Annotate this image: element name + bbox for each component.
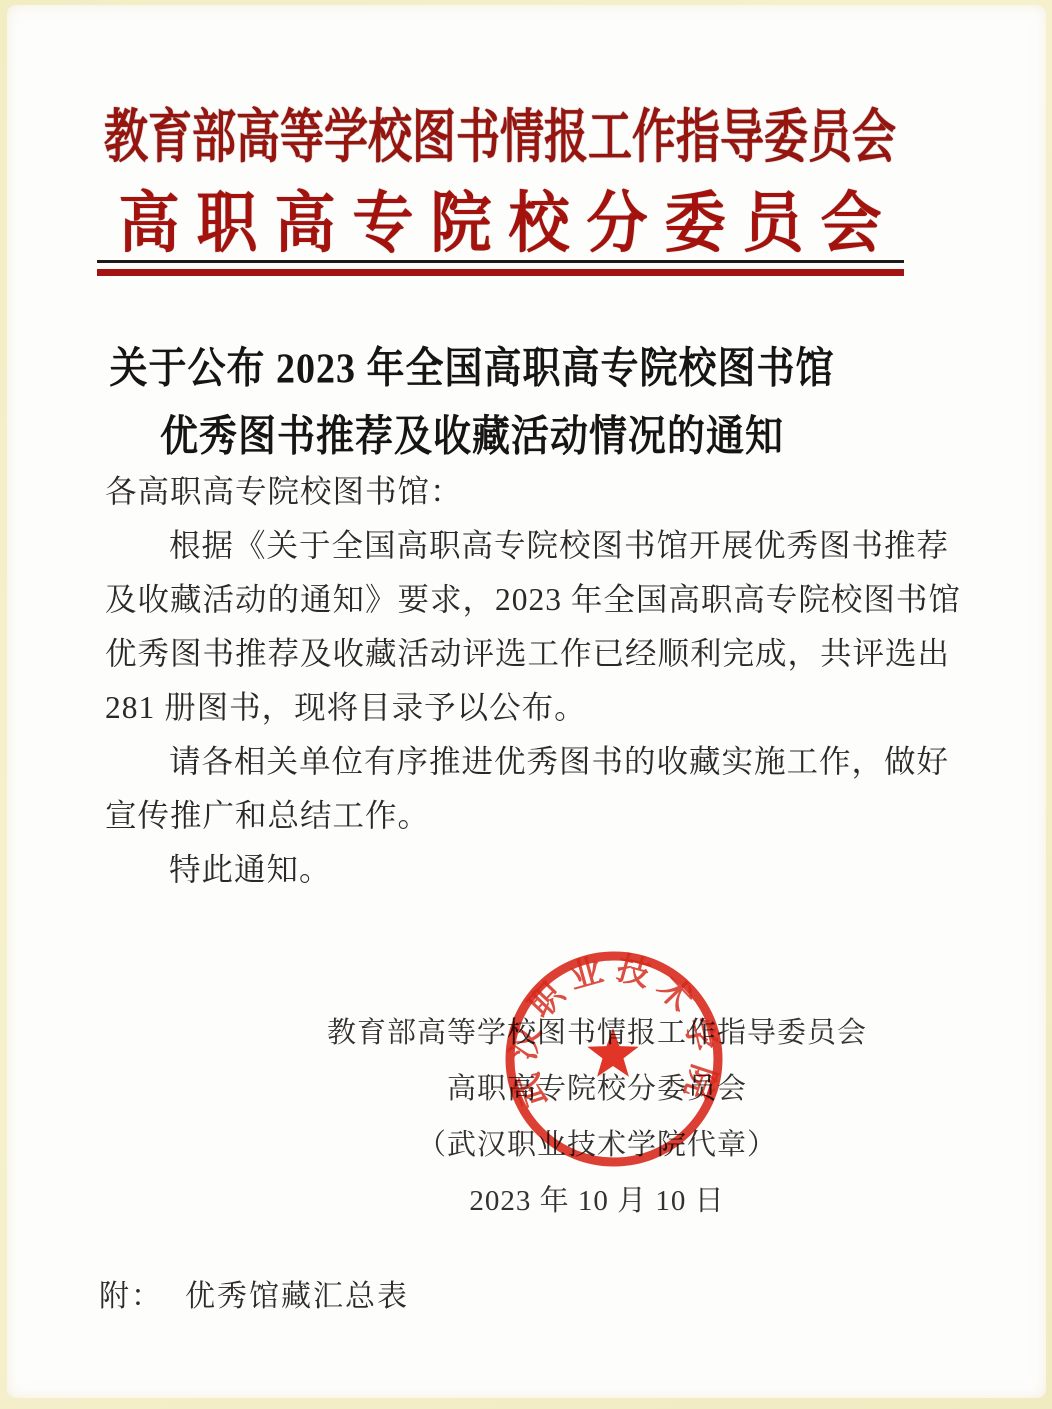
scanned-notice-document: { "header": { "org_line1": "教育部高等学校图书情报工…: [0, 0, 1052, 1409]
star-icon: [587, 1028, 638, 1077]
body-line: 宣传推广和总结工作。: [105, 789, 919, 843]
notice-title-line2: 优秀图书推荐及收藏活动情况的通知: [67, 401, 877, 463]
letterhead-org-line2: 高职高专院校分委员会: [95, 171, 905, 265]
letterhead-org-line1: 教育部高等学校图书情报工作指导委员会: [95, 89, 905, 173]
body-line: 及收藏活动的通知》要求，2023 年全国高职高专院校图书馆: [105, 573, 919, 627]
body-line: 请各相关单位有序推进优秀图书的收藏实施工作，做好: [105, 735, 919, 789]
attachment-label: 附：: [99, 1280, 163, 1313]
attachment-note: 附：优秀馆藏汇总表: [99, 1271, 409, 1315]
official-seal: 武汉职业技术学院: [462, 907, 766, 1211]
letterhead-rule-red: [97, 269, 904, 276]
closing-line: 特此通知。: [105, 843, 919, 897]
seal-arc-text: 武汉职业技术学院: [505, 950, 723, 1112]
body-line: 根据《关于全国高职高专院校图书馆开展优秀图书推荐: [105, 519, 919, 573]
notice-title-line1: 关于公布 2023 年全国高职高专院校图书馆: [67, 333, 877, 395]
attachment-text: 优秀馆藏汇总表: [185, 1280, 409, 1313]
document-page: 教育部高等学校图书情报工作指导委员会 高职高专院校分委员会 关于公布 2023 …: [7, 5, 1046, 1398]
body-line: 281 册图书，现将目录予以公布。: [105, 681, 919, 735]
body-line: 优秀图书推荐及收藏活动评选工作已经顺利完成，共评选出: [105, 627, 919, 681]
salutation-line: 各高职高专院校图书馆：: [105, 465, 919, 519]
notice-body: 各高职高专院校图书馆： 根据《关于全国高职高专院校图书馆开展优秀图书推荐 及收藏…: [105, 465, 919, 897]
letterhead-rule-black: [97, 260, 904, 263]
